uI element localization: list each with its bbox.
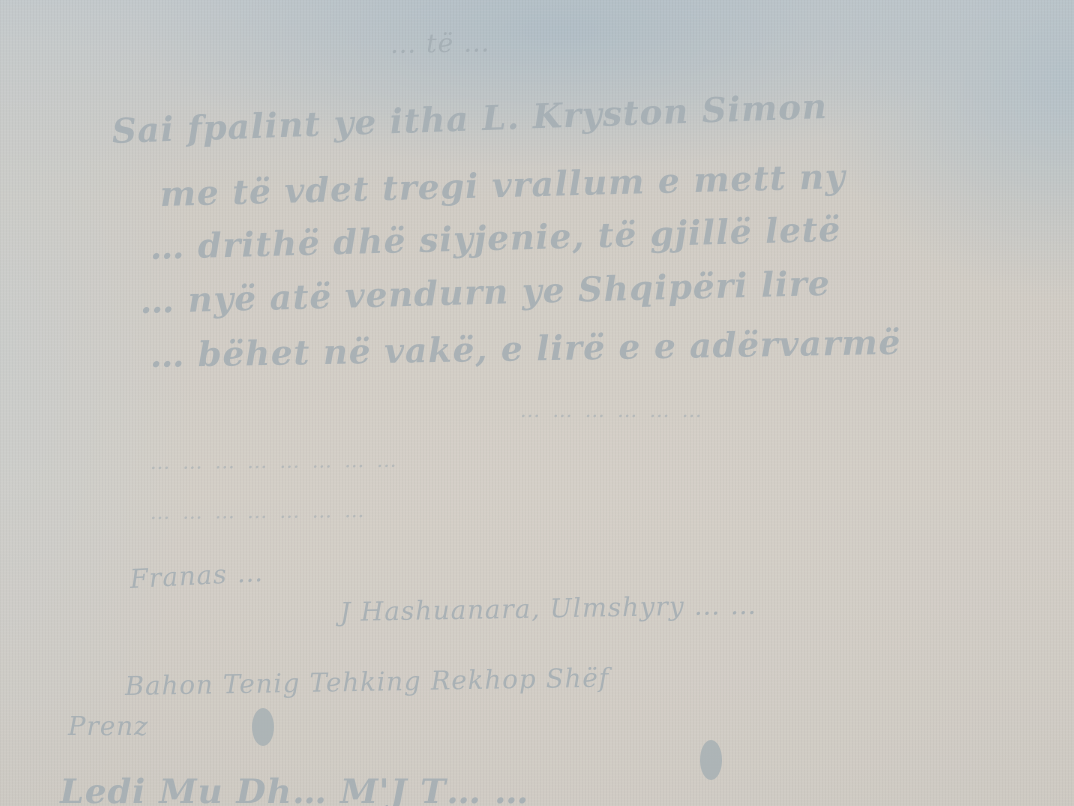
- script-line: Prenz: [68, 712, 149, 742]
- script-line: … të …: [390, 28, 491, 60]
- script-line: … … … … … … … …: [150, 448, 400, 474]
- ink-blot: [700, 740, 722, 780]
- script-line: … … … … … …: [520, 398, 705, 422]
- script-line: Ledi Mu Dh… M'J T… …: [60, 772, 529, 806]
- ink-blot: [252, 708, 274, 746]
- script-line: … … … … … … …: [150, 498, 367, 524]
